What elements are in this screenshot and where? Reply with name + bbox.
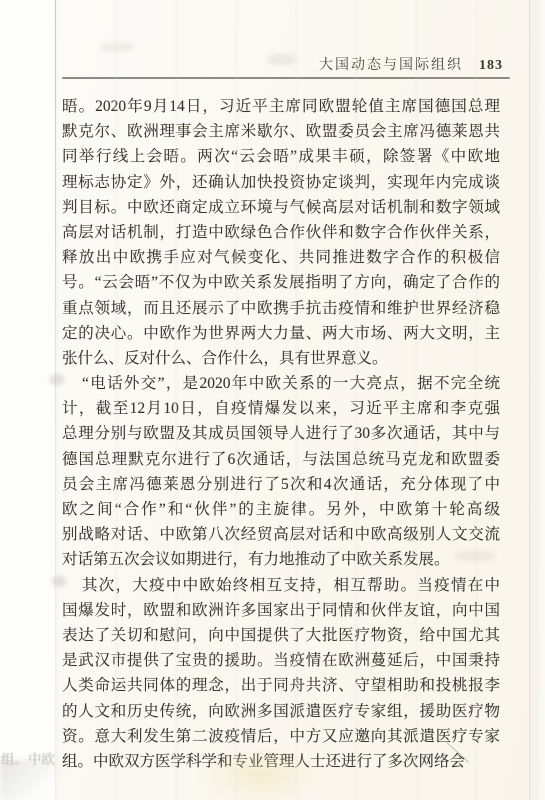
header-rule [62,77,510,79]
scan-smudge [100,42,134,52]
text-line: 员会主席冯德莱恩分别进行了5次和4次通话，充分体现了中 [62,472,500,497]
text-line: 张什么、反对什么、合作什么，具有世界意义。 [62,346,500,371]
scan-smudge [268,54,296,65]
running-header: 大国动态与国际组织183 [319,54,503,72]
text-line: 默克尔、欧洲理事会主席米歇尔、欧盟委员会主席冯德莱恩共 [62,119,500,144]
text-line: 德国总理默克尔进行了6次通话，与法国总统马克龙和欧盟委 [62,447,500,472]
text-line: 人类命运共同体的理念，出于同舟共济、守望相助和投桃报李 [62,673,500,698]
text-line: 理标志协定》外，还确认加快投资协定谈判，实现年内完成谈 [62,170,500,195]
header-title: 大国动态与国际组织 [319,58,463,73]
text-line: 判目标。中欧还商定成立环境与气候高层对话机制和数字领域 [62,195,500,220]
text-line: 欧之间“合作”和“伙伴”的主旋律。另外，中欧第十轮高级 [62,497,500,522]
text-line: 定的决心。中欧作为世界两大力量、两大市场、两大文明，主 [62,321,500,346]
text-line: 高层对话机制，打造中欧绿色合作伙伴和数字合作伙伴关系， [62,220,500,245]
page-edge-right [529,0,545,800]
scan-left-margin [0,0,55,800]
text-line: 总理分别与欧盟及其成员国领导人进行了30多次通话，其中与 [62,421,500,446]
text-line: 是武汉市提供了宝贵的援助。当疫情在欧洲蔓延后，中国秉持 [62,648,500,673]
text-line: 国爆发时，欧盟和欧洲许多国家出于同情和伙伴友谊，向中国 [62,598,500,623]
body-text: 晤。2020年9月14日，习近平主席同欧盟轮值主席国德国总理默克尔、欧洲理事会主… [62,94,500,774]
paper-stain [195,745,325,800]
text-line: 计，截至12月10日，自疫情爆发以来，习近平主席和李克强 [62,396,500,421]
text-line: 对话第五次会议如期进行，有力地推动了中欧关系发展。 [62,547,500,572]
page-edge-left [55,0,56,800]
corner-shadow [0,760,85,800]
text-line: 别战略对话、中欧第八次经贸高层对话和中欧高级别人文交流 [62,522,500,547]
scanned-book-page: 大国动态与国际组织183 晤。2020年9月14日，习近平主席同欧盟轮值主席国德… [0,0,545,800]
scan-smudge [50,374,64,385]
text-line: 重点领域，而且还展示了中欧携手抗击疫情和维护世界经济稳 [62,296,500,321]
text-line: 号。“云会晤”不仅为中欧关系发展指明了方向，确定了合作的 [62,270,500,295]
page-number: 183 [479,58,503,73]
text-line: 释放出中欧携手应对气候变化、共同推进数字合作的积极信 [62,245,500,270]
text-line: 表达了关切和慰问，向中国提供了大批医疗物资，给中国尤其 [62,623,500,648]
text-line: “电话外交”，是2020年中欧关系的一大亮点，据不完全统 [62,371,500,396]
text-line: 同举行线上会晤。两次“云会晤”成果丰硕，除签署《中欧地 [62,144,500,169]
text-line: 其次，大疫中中欧始终相互支持，相互帮助。当疫情在中 [62,573,500,598]
text-line: 晤。2020年9月14日，习近平主席同欧盟轮值主席国德国总理 [62,94,500,119]
scan-smudge [52,576,66,587]
text-line: 的人文和历史传统，向欧洲多国派遣医疗专家组，援助医疗物 [62,699,500,724]
scan-smudge [455,550,495,562]
